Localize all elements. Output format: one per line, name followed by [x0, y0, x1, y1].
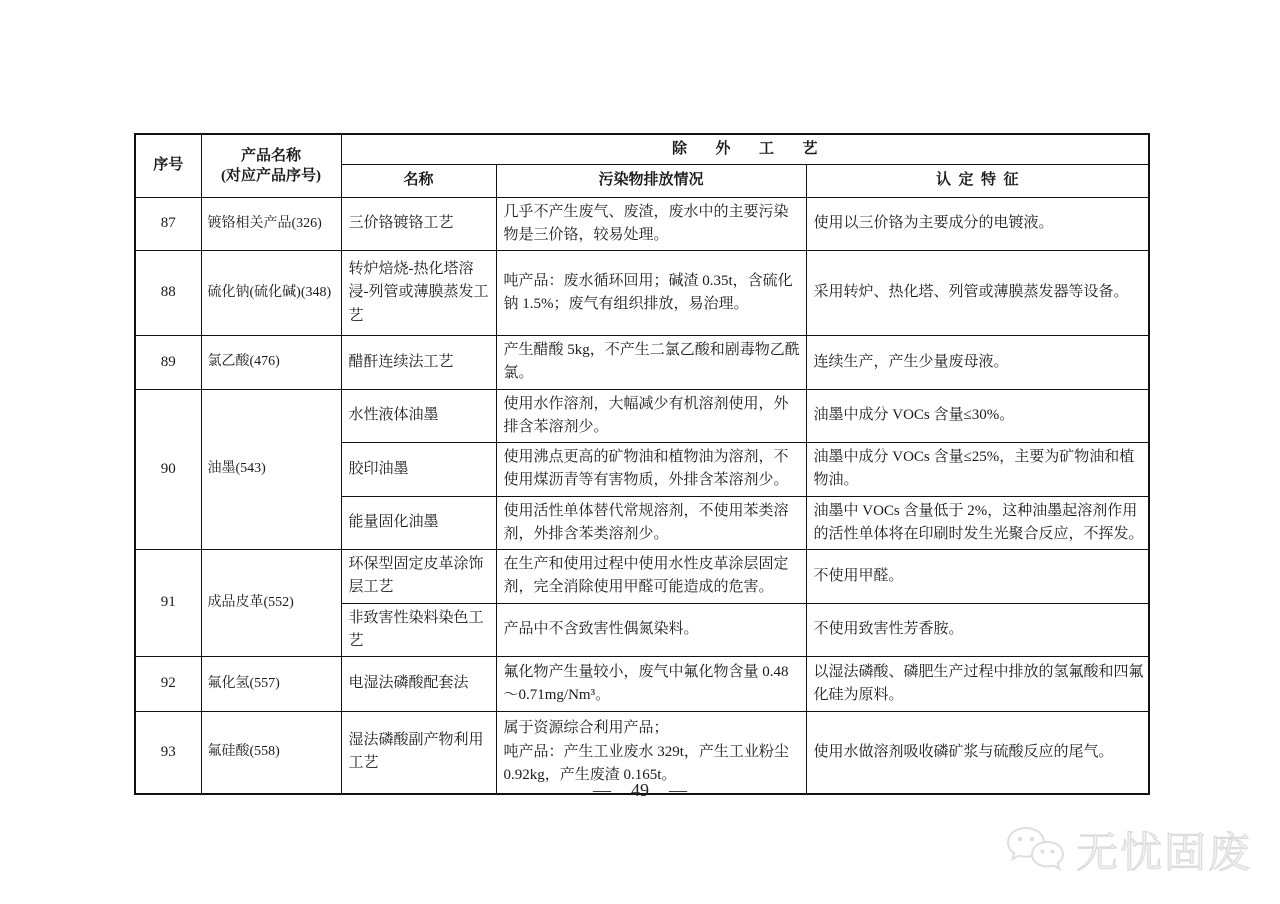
watermark: 无忧固废 [1004, 820, 1252, 880]
process-name-cell: 能量固化油墨 [341, 496, 496, 550]
feature-cell: 油墨中 VOCs 含量低于 2%，这种油墨起溶剂作用的活性单体将在印刷时发生光聚… [806, 496, 1149, 550]
product-cell: 硫化钠(硫化碱)(348) [201, 251, 341, 336]
document-page: 序号 产品名称 (对应产品序号) 除外工艺 名称 污染物排放情况 认定特征 87… [0, 0, 1280, 904]
table-row-90-1: 90 油墨(543) 水性液体油墨 使用水作溶剂，大幅减少有机溶剂使用，外排含苯… [135, 389, 1149, 443]
header-row-1: 序号 产品名称 (对应产品序号) 除外工艺 [135, 134, 1149, 164]
footer-dash-right: — [669, 780, 687, 801]
emission-cell: 使用水作溶剂，大幅减少有机溶剂使用，外排含苯溶剂少。 [496, 389, 806, 443]
exempt-process-table: 序号 产品名称 (对应产品序号) 除外工艺 名称 污染物排放情况 认定特征 87… [134, 133, 1150, 795]
table-row-88: 88 硫化钠(硫化碱)(348) 转炉焙烧-热化塔溶浸-列管或薄膜蒸发工艺 吨产… [135, 251, 1149, 336]
process-name-cell: 水性液体油墨 [341, 389, 496, 443]
header-seq: 序号 [135, 134, 201, 197]
header-product-line2: (对应产品序号) [204, 166, 339, 186]
table-row-89: 89 氯乙酸(476) 醋酐连续法工艺 产生醋酸 5kg，不产生二氯乙酸和剧毒物… [135, 336, 1149, 390]
process-name-cell: 非致害性染料染色工艺 [341, 603, 496, 657]
seq-cell: 90 [135, 389, 201, 550]
emission-cell: 吨产品：废水循环回用；碱渣 0.35t，含硫化钠 1.5%；废气有组织排放，易治… [496, 251, 806, 336]
exempt-process-table-wrap: 序号 产品名称 (对应产品序号) 除外工艺 名称 污染物排放情况 认定特征 87… [134, 133, 1150, 795]
emission-cell: 使用沸点更高的矿物油和植物油为溶剂，不使用煤沥青等有害物质，外排含苯溶剂少。 [496, 443, 806, 497]
header-emission: 污染物排放情况 [496, 164, 806, 197]
emission-cell: 几乎不产生废气、废渣，废水中的主要污染物是三价铬，较易处理。 [496, 197, 806, 251]
product-cell: 镀铬相关产品(326) [201, 197, 341, 251]
emission-cell: 在生产和使用过程中使用水性皮革涂层固定剂，完全消除使用甲醛可能造成的危害。 [496, 550, 806, 604]
feature-cell: 不使用致害性芳香胺。 [806, 603, 1149, 657]
page-footer: — 49 — [0, 780, 1280, 801]
process-name-cell: 电湿法磷酸配套法 [341, 657, 496, 712]
feature-cell: 不使用甲醛。 [806, 550, 1149, 604]
process-name-cell: 转炉焙烧-热化塔溶浸-列管或薄膜蒸发工艺 [341, 251, 496, 336]
process-name-cell: 胶印油墨 [341, 443, 496, 497]
header-product-line1: 产品名称 [204, 146, 339, 166]
feature-cell: 使用以三价铬为主要成分的电镀液。 [806, 197, 1149, 251]
table-row-92: 92 氟化氢(557) 电湿法磷酸配套法 氟化物产生量较小，废气中氟化物含量 0… [135, 657, 1149, 712]
process-name-cell: 三价铬镀铬工艺 [341, 197, 496, 251]
header-process-name: 名称 [341, 164, 496, 197]
feature-cell: 采用转炉、热化塔、列管或薄膜蒸发器等设备。 [806, 251, 1149, 336]
emission-cell: 产品中不含致害性偶氮染料。 [496, 603, 806, 657]
feature-cell: 连续生产，产生少量废母液。 [806, 336, 1149, 390]
seq-cell: 87 [135, 197, 201, 251]
emission-cell: 氟化物产生量较小，废气中氟化物含量 0.48～0.71mg/Nm³。 [496, 657, 806, 712]
seq-cell: 91 [135, 550, 201, 657]
seq-cell: 88 [135, 251, 201, 336]
feature-cell: 油墨中成分 VOCs 含量≤30%。 [806, 389, 1149, 443]
header-group-title: 除外工艺 [341, 134, 1149, 164]
product-cell: 成品皮革(552) [201, 550, 341, 657]
feature-cell: 油墨中成分 VOCs 含量≤25%，主要为矿物油和植物油。 [806, 443, 1149, 497]
feature-cell: 以湿法磷酸、磷肥生产过程中排放的氢氟酸和四氟化硅为原料。 [806, 657, 1149, 712]
seq-cell: 92 [135, 657, 201, 712]
table-row-87: 87 镀铬相关产品(326) 三价铬镀铬工艺 几乎不产生废气、废渣，废水中的主要… [135, 197, 1149, 251]
header-product: 产品名称 (对应产品序号) [201, 134, 341, 197]
table-row-91-1: 91 成品皮革(552) 环保型固定皮革涂饰层工艺 在生产和使用过程中使用水性皮… [135, 550, 1149, 604]
process-name-cell: 环保型固定皮革涂饰层工艺 [341, 550, 496, 604]
product-cell: 氟化氢(557) [201, 657, 341, 712]
emission-cell: 产生醋酸 5kg，不产生二氯乙酸和剧毒物乙酰氯。 [496, 336, 806, 390]
footer-dash-left: — [593, 780, 611, 801]
wechat-icon [1004, 824, 1066, 876]
product-cell: 氯乙酸(476) [201, 336, 341, 390]
process-name-cell: 醋酐连续法工艺 [341, 336, 496, 390]
product-cell: 油墨(543) [201, 389, 341, 550]
watermark-text: 无忧固废 [1076, 820, 1252, 880]
seq-cell: 89 [135, 336, 201, 390]
emission-cell: 使用活性单体替代常规溶剂，不使用苯类溶剂，外排含苯类溶剂少。 [496, 496, 806, 550]
page-number: 49 [631, 780, 649, 801]
header-feature: 认定特征 [806, 164, 1149, 197]
